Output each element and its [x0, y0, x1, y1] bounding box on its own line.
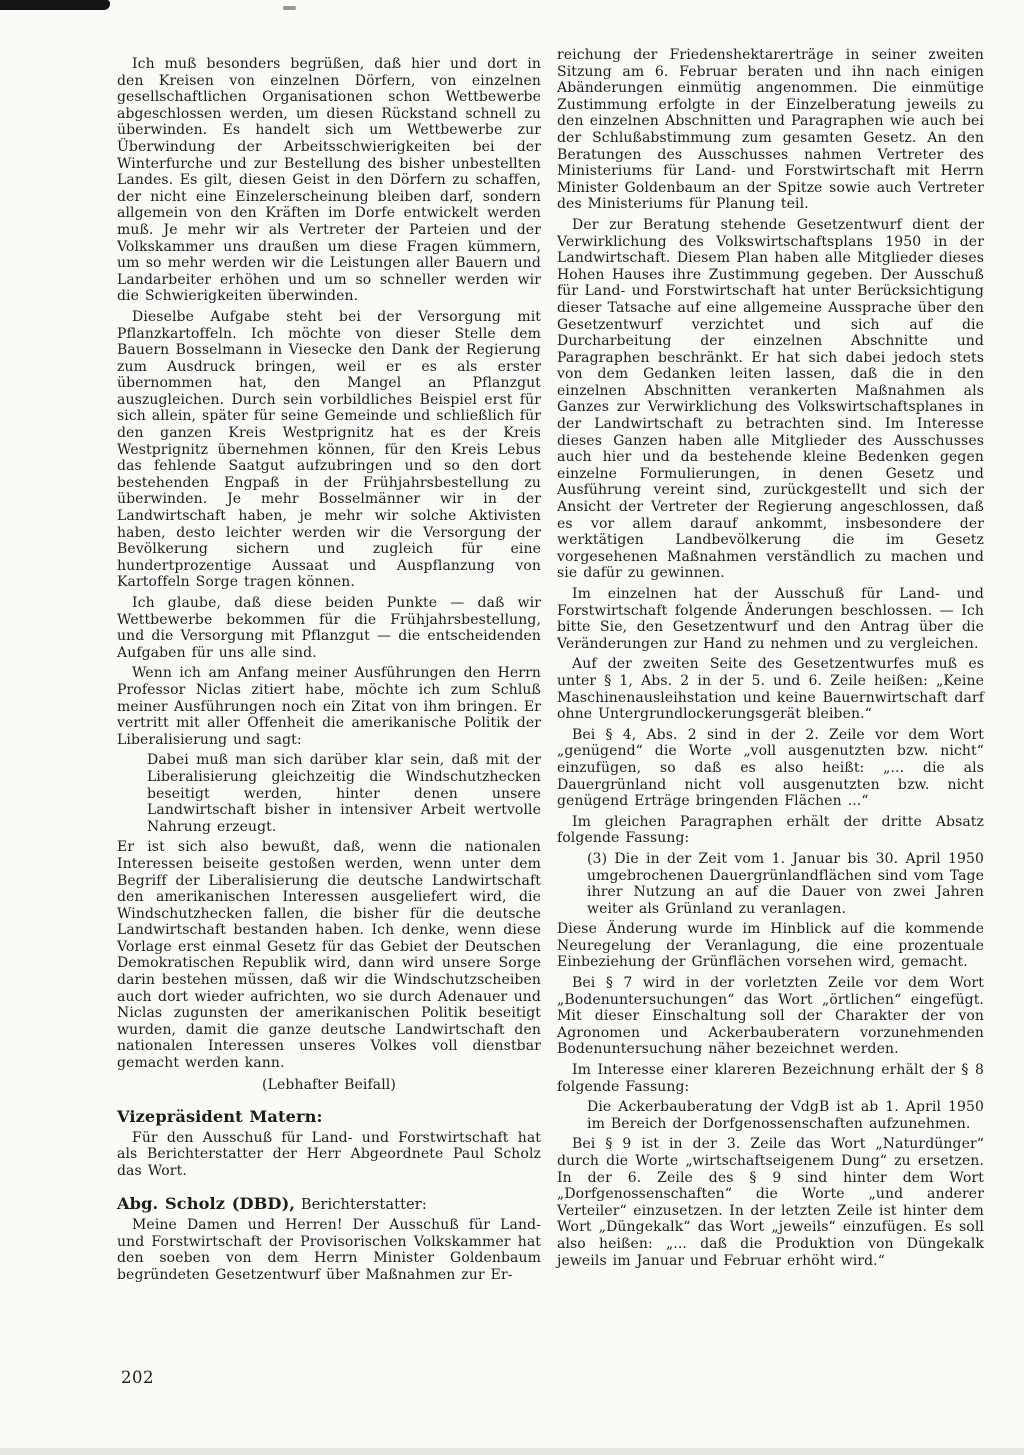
block-quote: (3) Die in der Zeit vom 1. Januar bis 30…: [587, 851, 984, 917]
paragraph: Für den Ausschuß für Land- und Forstwirt…: [117, 1130, 541, 1180]
paragraph: Bei § 9 ist in der 3. Zeile das Wort „Na…: [557, 1136, 984, 1269]
paragraph: Ich muß besonders begrüßen, daß hier und…: [117, 56, 541, 305]
speaker-heading-matern: Vizepräsident Matern:: [117, 1109, 541, 1126]
paragraph: Im gleichen Paragraphen erhält der dritt…: [557, 814, 984, 847]
block-quote: Die Ackerbauberatung der VdgB ist ab 1. …: [587, 1099, 984, 1132]
left-column: Ich muß besonders begrüßen, daß hier und…: [117, 56, 541, 1284]
paragraph: Ich glaube, daß diese beiden Punkte — da…: [117, 595, 541, 661]
applause-note: (Lebhafter Beifall): [117, 1077, 541, 1094]
paragraph: Dieselbe Aufgabe steht bei der Versorgun…: [117, 309, 541, 591]
scan-artifact-dot: [283, 6, 296, 10]
paragraph: Diese Änderung wurde im Hinblick auf die…: [557, 921, 984, 971]
paragraph: Bei § 7 wird in der vorletzten Zeile vor…: [557, 975, 984, 1058]
page-number: 202: [121, 1368, 154, 1387]
paragraph: reichung der Friedenshektarerträge in se…: [557, 47, 984, 213]
scan-edge-shadow: [0, 1448, 1024, 1455]
paragraph: Der zur Beratung stehende Gesetzentwurf …: [557, 217, 984, 582]
scan-artifact-smudge: [0, 0, 110, 10]
paragraph: Auf der zweiten Seite des Gesetzentwurfe…: [557, 656, 984, 722]
speaker-name: Abg. Scholz (DBD),: [117, 1194, 295, 1213]
speaker-role: Berichterstatter:: [295, 1196, 427, 1213]
right-column: reichung der Friedenshektarerträge in se…: [557, 47, 984, 1269]
speaker-heading-scholz: Abg. Scholz (DBD), Berichterstatter:: [117, 1196, 541, 1214]
paragraph: Meine Damen und Herren! Der Ausschuß für…: [117, 1217, 541, 1283]
paragraph: Wenn ich am Anfang meiner Ausführungen d…: [117, 665, 541, 748]
paragraph: Er ist sich also bewußt, daß, wenn die n…: [117, 839, 541, 1071]
paragraph: Im Interesse einer klareren Bezeichnung …: [557, 1062, 984, 1095]
document-page: Ich muß besonders begrüßen, daß hier und…: [0, 0, 1024, 1455]
paragraph: Im einzelnen hat der Ausschuß für Land- …: [557, 586, 984, 652]
paragraph: Bei § 4, Abs. 2 sind in der 2. Zeile vor…: [557, 727, 984, 810]
block-quote: Dabei muß man sich darüber klar sein, da…: [147, 752, 541, 835]
